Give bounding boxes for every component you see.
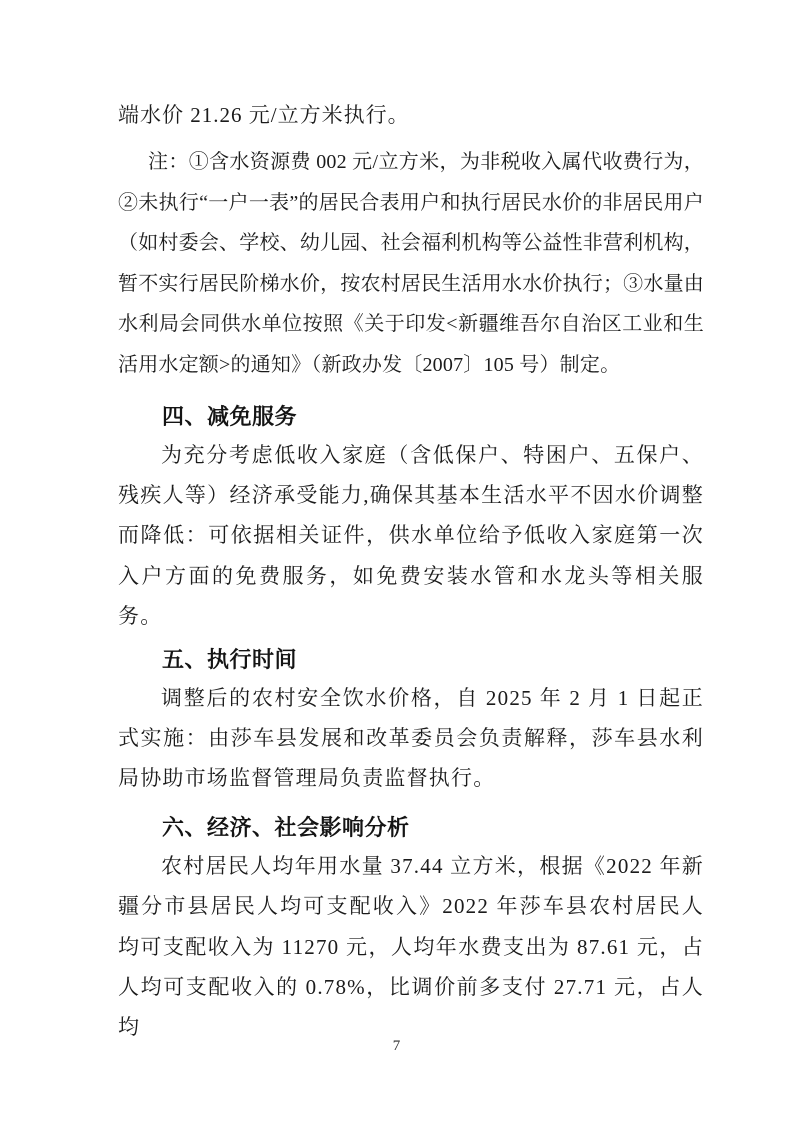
section-heading-exemption-services: 四、减免服务	[118, 402, 704, 432]
document-page: 端水价 21.26 元/立方米执行。 注：①含水资源费 002 元/立方米，为非…	[0, 0, 793, 1122]
section-body-execution-time: 调整后的农村安全饮水价格，自 2025 年 2 月 1 日起正式实施：由莎车县发…	[118, 678, 704, 799]
note-paragraph: 注：①含水资源费 002 元/立方米，为非税收入属代收费行为，②未执行“一户一表…	[118, 142, 704, 386]
section-heading-impact-analysis: 六、经济、社会影响分析	[118, 813, 704, 843]
continued-paragraph: 端水价 21.26 元/立方米执行。	[118, 95, 704, 136]
section-body-impact-analysis: 农村居民人均年用水量 37.44 立方米，根据《2022 年新疆分市县居民人均可…	[118, 846, 704, 1048]
page-content: 端水价 21.26 元/立方米执行。 注：①含水资源费 002 元/立方米，为非…	[118, 95, 704, 1048]
section-heading-execution-time: 五、执行时间	[118, 645, 704, 675]
page-number: 7	[0, 1038, 793, 1055]
section-body-exemption-services: 为充分考虑低收入家庭（含低保户、特困户、五保户、残疾人等）经济承受能力,确保其基…	[118, 435, 704, 637]
